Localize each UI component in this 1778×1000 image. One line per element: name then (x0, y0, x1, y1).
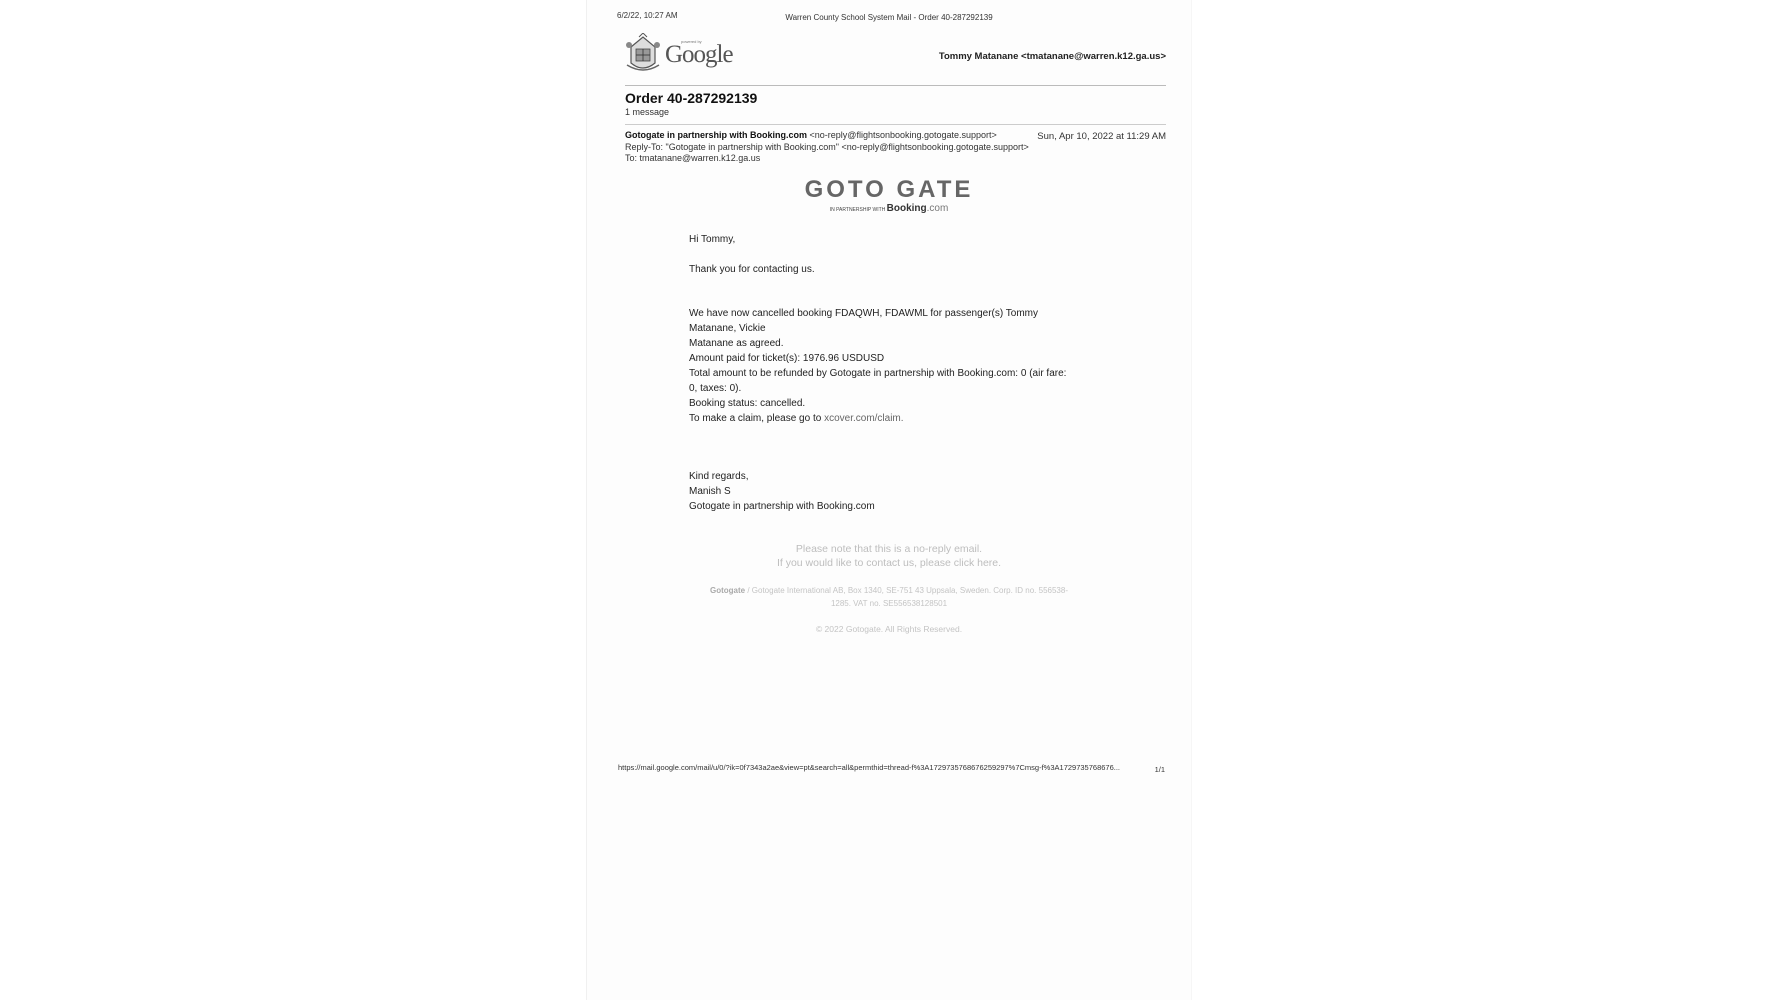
claim-line: To make a claim, please go to xcover.com… (689, 411, 1109, 426)
claim-prefix: To make a claim, please go to (689, 413, 824, 424)
to-line: To: tmatanane@warren.k12.ga.us (625, 153, 760, 163)
greeting: Hi Tommy, (689, 232, 735, 247)
copyright: © 2022 Gotogate. All Rights Reserved. (587, 624, 1191, 634)
gotogate-logo: GOTO GATE IN PARTNERSHIP WITH Booking.co… (587, 178, 1191, 214)
signoff-company: Gotogate in partnership with Booking.com (689, 499, 875, 514)
cancellation-details: We have now cancelled booking FDAQWH, FD… (689, 306, 1109, 426)
header-divider (625, 85, 1166, 86)
school-crest-icon (623, 33, 663, 75)
thanks-text: Thank you for contacting us. (689, 262, 815, 277)
claim-link[interactable]: xcover.com/claim. (824, 413, 903, 424)
signoff-agent: Manish S (689, 484, 875, 499)
contact-link[interactable]: If you would like to contact us, please … (587, 556, 1191, 570)
corporate-info: Gotogate / Gotogate International AB, Bo… (587, 584, 1191, 610)
google-wordmark: Google (665, 41, 733, 69)
print-url: https://mail.google.com/mail/u/0/?ik=0f7… (618, 763, 1120, 772)
page-number: 1/1 (1155, 765, 1165, 774)
signoff: Kind regards, Manish S Gotogate in partn… (689, 469, 875, 514)
reply-to-line: Reply-To: "Gotogate in partnership with … (625, 142, 1029, 152)
school-google-logo: powered by Google (623, 33, 733, 77)
detail-line: We have now cancelled booking FDAQWH, FD… (689, 306, 1109, 321)
booking-status-line: Booking status: cancelled. (689, 396, 1109, 411)
print-page-title: Warren County School System Mail - Order… (587, 13, 1191, 22)
refund-line-cont: 0, taxes: 0). (689, 381, 1109, 396)
thread-subject: Order 40-287292139 (625, 90, 757, 106)
no-reply-note: Please note that this is a no-reply emai… (587, 542, 1191, 570)
thread-divider (625, 124, 1166, 125)
no-reply-line: Please note that this is a no-reply emai… (587, 542, 1191, 556)
thanks-paragraph: Thank you for contacting us. (689, 262, 815, 277)
sender-name: Gotogate in partnership with Booking.com (625, 130, 807, 140)
account-identity: Tommy Matanane <tmatanane@warren.k12.ga.… (939, 51, 1166, 62)
message-count: 1 message (625, 107, 669, 117)
booking-suffix: .com (927, 203, 949, 214)
booking-partnership-line: IN PARTNERSHIP WITH Booking.com (587, 203, 1191, 214)
message-sender: Gotogate in partnership with Booking.com… (625, 130, 997, 140)
sender-email: <no-reply@flightsonbooking.gotogate.supp… (810, 130, 997, 140)
message-date: Sun, Apr 10, 2022 at 11:29 AM (1037, 131, 1166, 142)
gotogate-wordmark: GOTO GATE (587, 178, 1191, 202)
greeting-text: Hi Tommy, (689, 232, 735, 247)
refund-line: Total amount to be refunded by Gotogate … (689, 366, 1109, 381)
partnership-label: IN PARTNERSHIP WITH (830, 207, 886, 213)
amount-paid-line: Amount paid for ticket(s): 1976.96 USDUS… (689, 351, 1109, 366)
corp-address: / Gotogate International AB, Box 1340, S… (745, 586, 1068, 595)
detail-line: Matanane, Vickie (689, 321, 1109, 336)
printed-email-page: 6/2/22, 10:27 AM Warren County School Sy… (586, 0, 1192, 1000)
corp-vat: 1285. VAT no. SE556538128501 (587, 597, 1191, 610)
detail-line: Matanane as agreed. (689, 336, 1109, 351)
signoff-closing: Kind regards, (689, 469, 875, 484)
corp-brand: Gotogate (710, 586, 745, 595)
booking-wordmark: Booking (887, 203, 927, 214)
